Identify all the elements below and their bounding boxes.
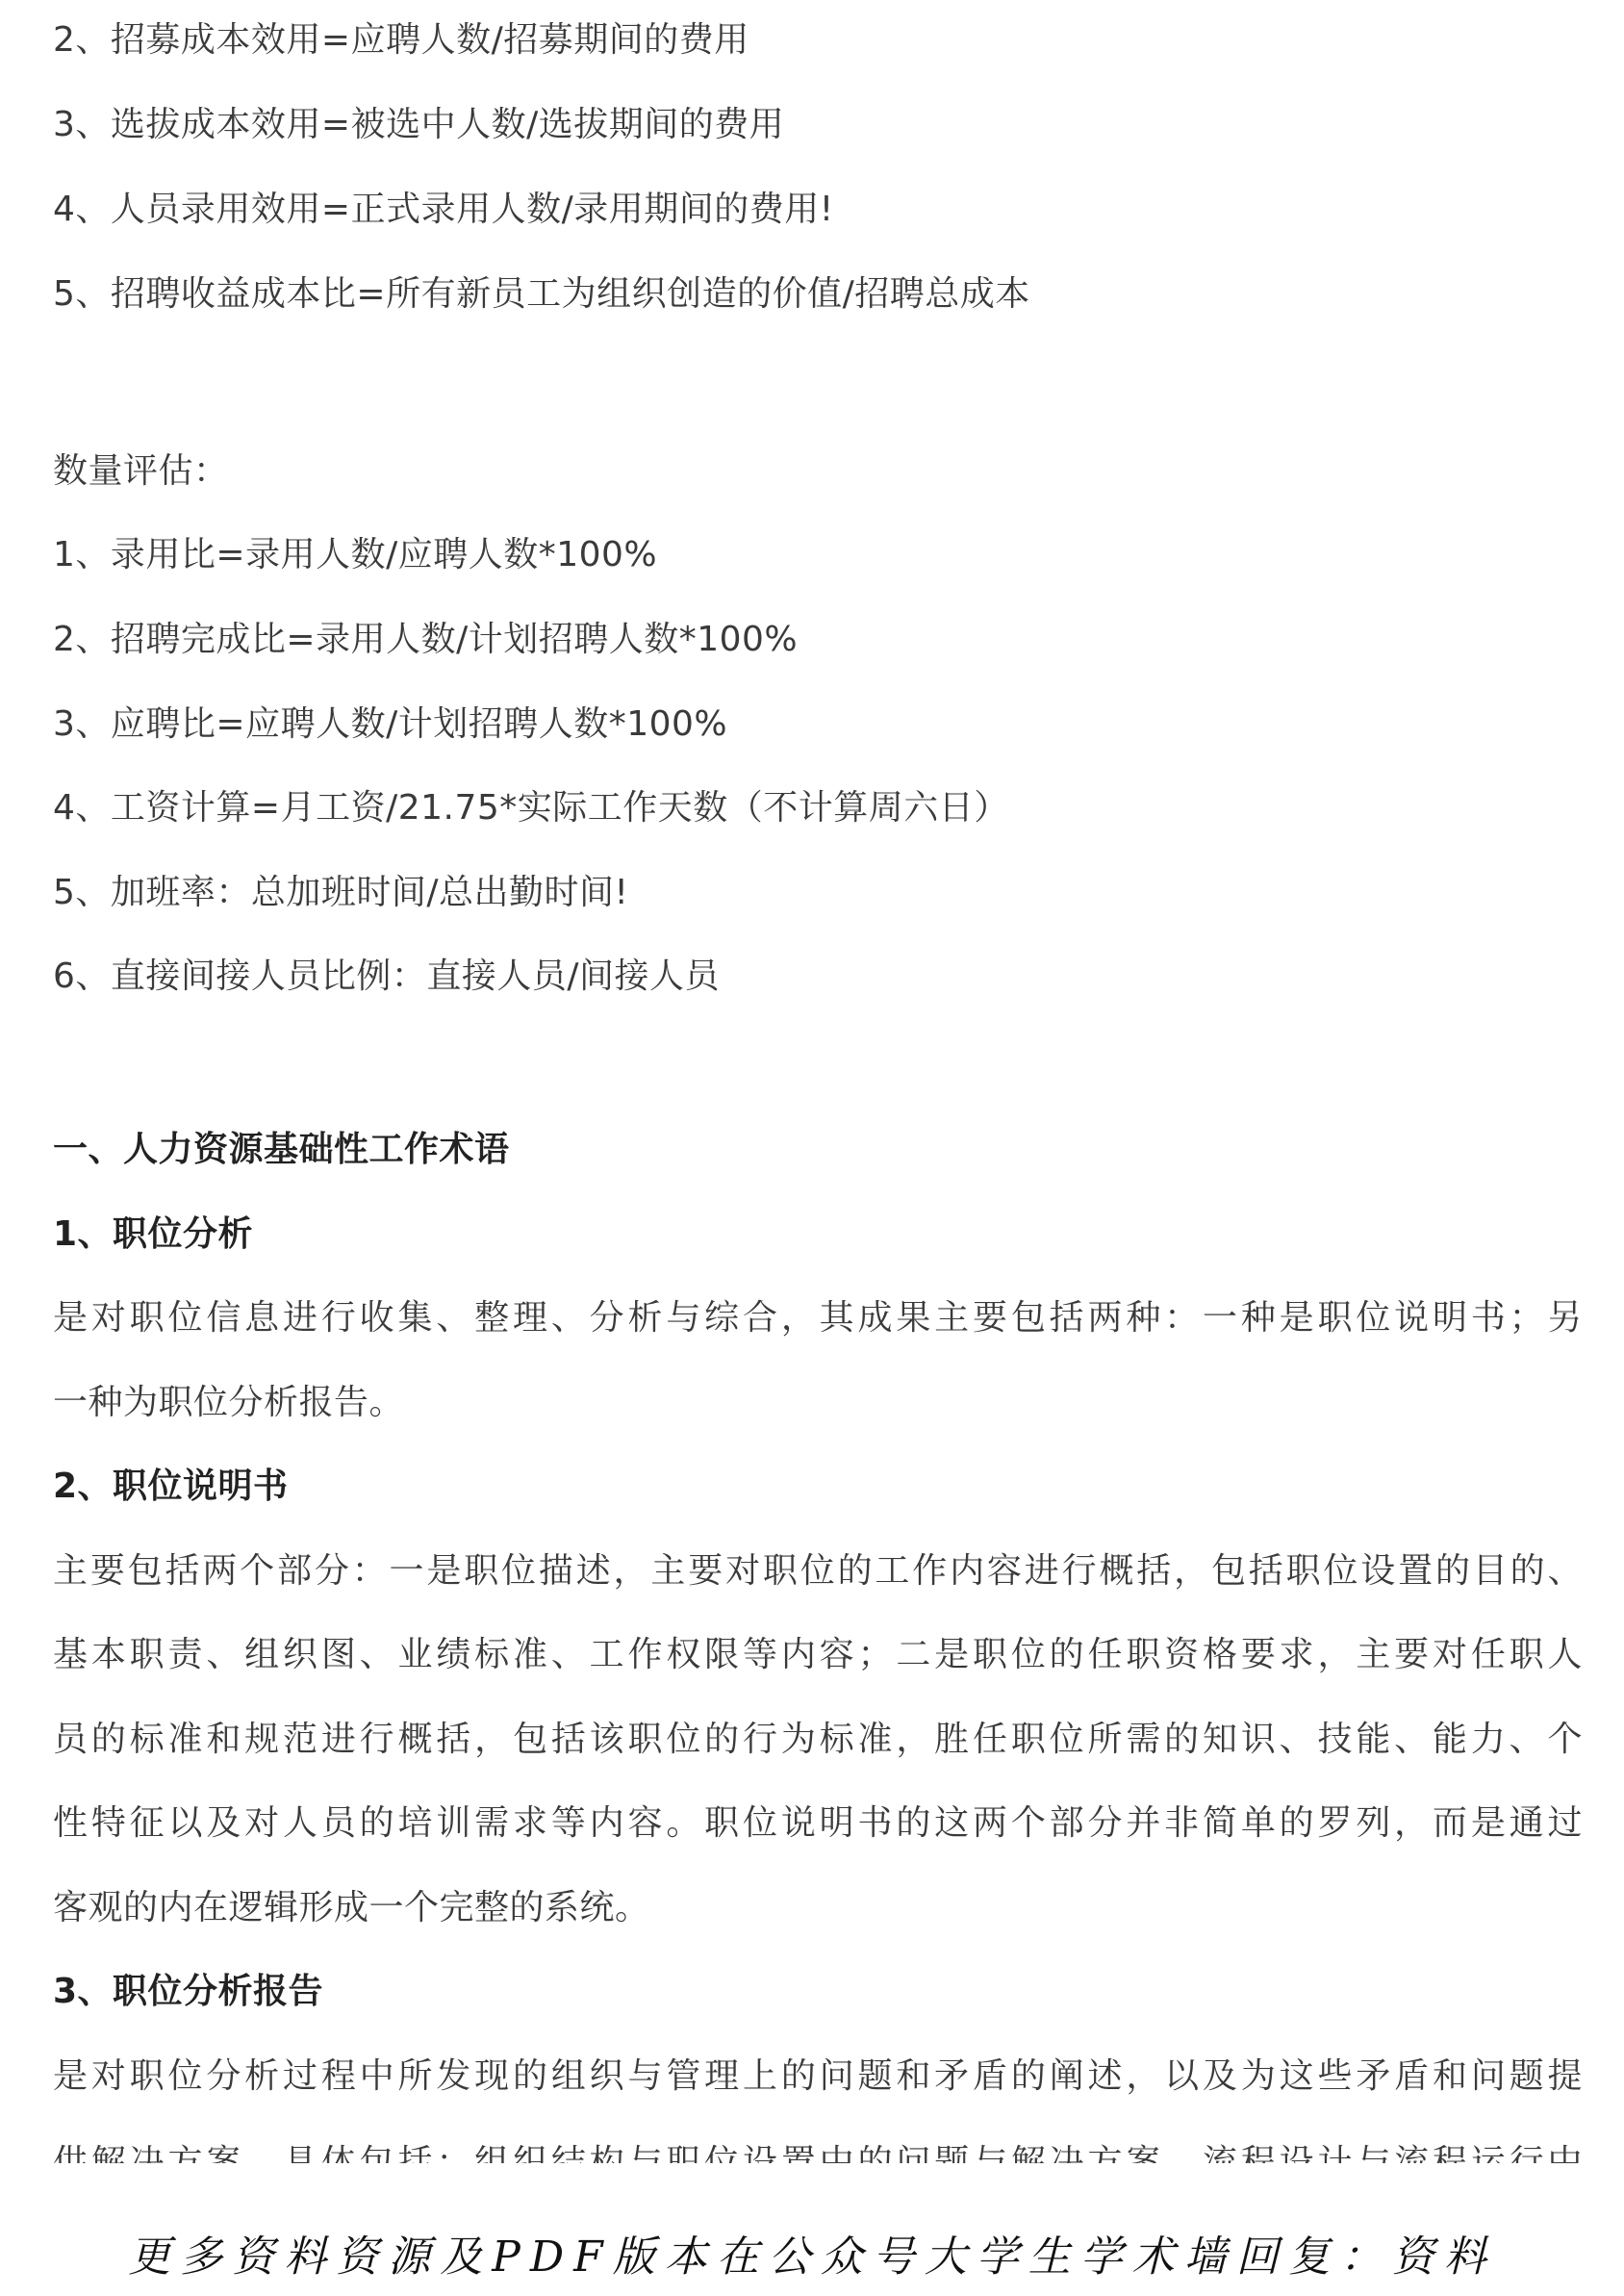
quantity-item-5: 5、加班率：总加班时间/总出勤时间! (53, 872, 1583, 914)
quantity-item-3: 3、应聘比=应聘人数/计划招聘人数*100% (53, 703, 1583, 746)
footer-banner: 更多资料资源及PDF版本在公众号大学生学术墙回复：资料 (0, 2231, 1624, 2284)
job-description-line-4: 性特征以及对人员的培训需求等内容。职位说明书的这两个部分并非简单的罗列，而是通过 (53, 1802, 1583, 1845)
job-analysis-report-line-2-cutoff: 供解决方案，具体包括：组织结构与职位设置中的问题与解决方案、流程设计与流程运行中 (53, 2142, 1583, 2163)
job-description-line-3: 员的标准和规范进行概括，包括该职位的行为标准，胜任职位所需的知识、技能、能力、个 (53, 1719, 1583, 1761)
section-title-hr-terms: 一、人力资源基础性工作术语 (53, 1129, 1583, 1171)
job-analysis-report-line-1: 是对职位分析过程中所发现的组织与管理上的问题和矛盾的阐述，以及为这些矛盾和问题提 (53, 2055, 1583, 2098)
subsection-title-job-analysis: 1、职位分析 (53, 1213, 1583, 1256)
job-analysis-line-1: 是对职位信息进行收集、整理、分析与综合，其成果主要包括两种：一种是职位说明书；另 (53, 1297, 1583, 1339)
quantity-item-1: 1、录用比=录用人数/应聘人数*100% (53, 534, 1583, 576)
subsection-title-job-analysis-report: 3、职位分析报告 (53, 1971, 1583, 2013)
quantity-evaluation-title: 数量评估： (53, 450, 1583, 493)
cost-item-5: 5、招聘收益成本比=所有新员工为组织创造的价值/招聘总成本 (53, 273, 1583, 316)
job-description-line-2: 基本职责、组织图、业绩标准、工作权限等内容；二是职位的任职资格要求，主要对任职人 (53, 1634, 1583, 1676)
subsection-title-job-description: 2、职位说明书 (53, 1466, 1583, 1508)
quantity-item-4: 4、工资计算=月工资/21.75*实际工作天数（不计算周六日） (53, 787, 1583, 829)
cost-item-4: 4、人员录用效用=正式录用人数/录用期间的费用! (53, 189, 1583, 231)
job-description-line-1: 主要包括两个部分：一是职位描述，主要对职位的工作内容进行概括，包括职位设置的目的… (53, 1550, 1583, 1593)
quantity-item-6: 6、直接间接人员比例：直接人员/间接人员 (53, 956, 1583, 998)
document-page: 2、招募成本效用=应聘人数/招募期间的费用 3、选拔成本效用=被选中人数/选拔期… (0, 0, 1624, 2296)
cost-item-3: 3、选拔成本效用=被选中人数/选拔期间的费用 (53, 104, 1583, 146)
job-description-line-5: 客观的内在逻辑形成一个完整的系统。 (53, 1887, 1583, 1929)
job-analysis-report-line-2: 供解决方案，具体包括：组织结构与职位设置中的问题与解决方案、流程设计与流程运行中 (53, 2142, 1583, 2163)
cost-item-2: 2、招募成本效用=应聘人数/招募期间的费用 (53, 19, 1583, 62)
job-analysis-line-2: 一种为职位分析报告。 (53, 1382, 1583, 1424)
quantity-item-2: 2、招聘完成比=录用人数/计划招聘人数*100% (53, 619, 1583, 661)
